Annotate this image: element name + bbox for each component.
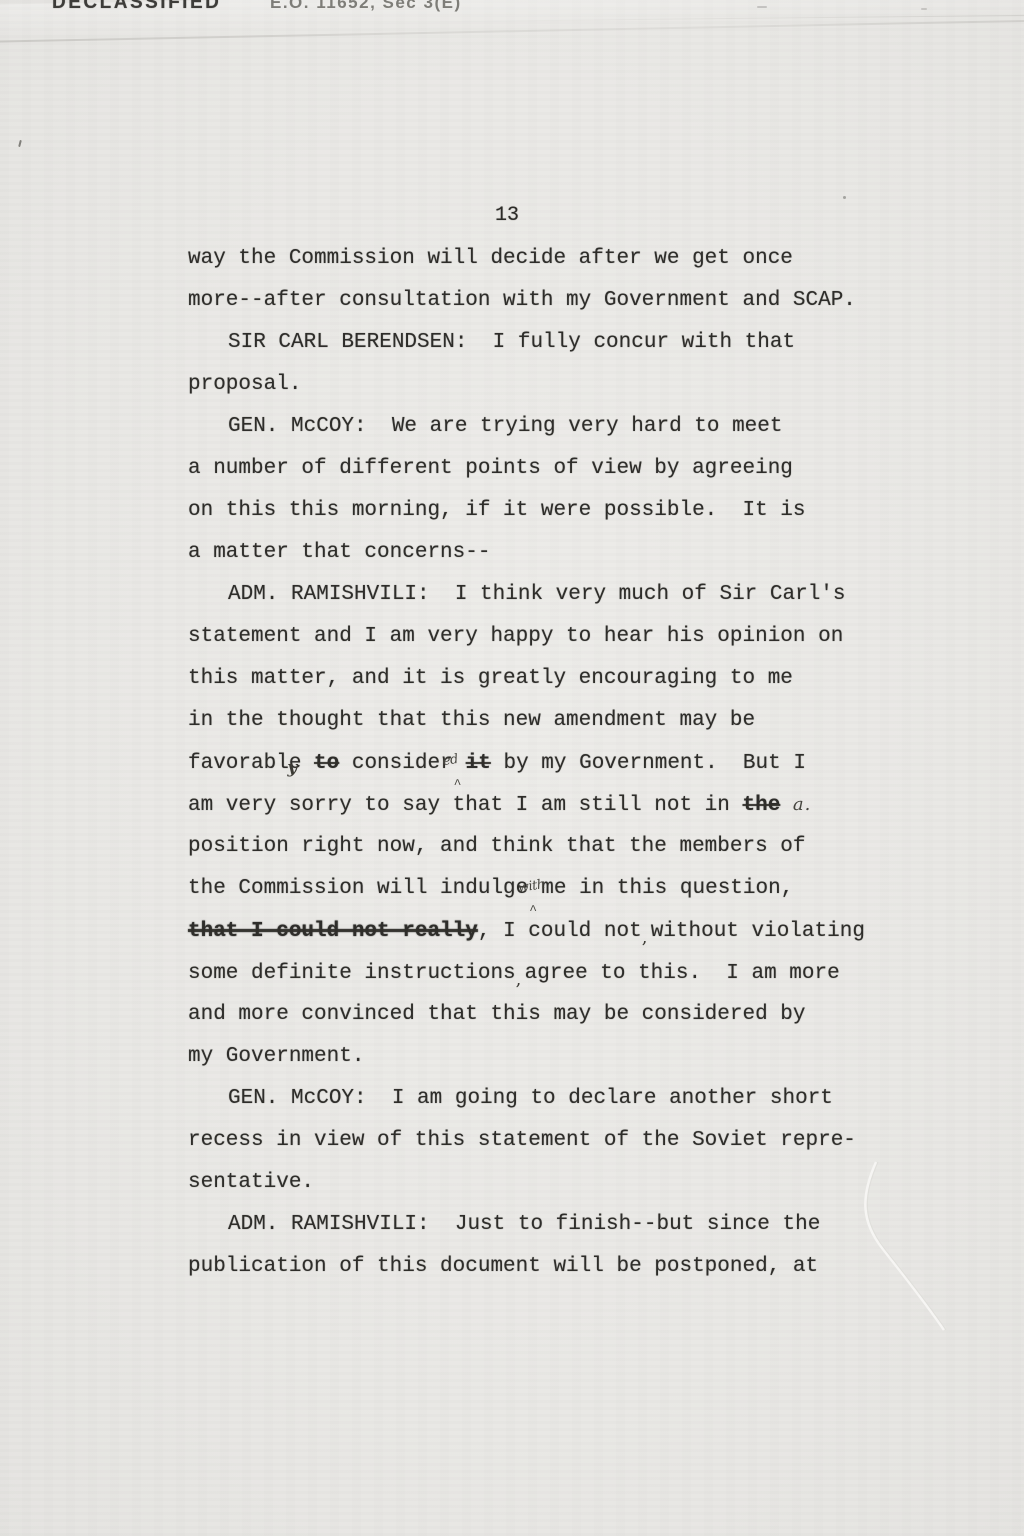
typed-text: SIR CARL BERENDSEN: I fully concur with … (228, 331, 795, 354)
text-line: statement and I am very happy to hear hi… (188, 616, 918, 658)
typed-text: without violating (651, 920, 865, 943)
typed-text: agree to this. I am more (525, 962, 840, 985)
struck-text: that I could not really (188, 920, 478, 943)
typed-text: in the thought that this new amendment m… (188, 709, 755, 732)
ink-speck (921, 8, 927, 10)
typed-text: recess in view of this statement of the … (188, 1129, 856, 1152)
text-line: more--after consultation with my Governm… (188, 280, 918, 322)
text-line: the Commission will indulgewith^me in th… (188, 868, 918, 910)
insert-caret-icon: ^ (454, 764, 462, 806)
text-line: way the Commission will decide after we … (188, 238, 918, 280)
typed-text: ADM. RAMISHVILI: Just to finish--but sin… (228, 1213, 820, 1236)
typed-text: favorable (188, 752, 301, 775)
text-line: ADM. RAMISHVILI: Just to finish--but sin… (188, 1204, 918, 1246)
transcript-body: way the Commission will decide after we … (188, 238, 918, 1288)
paper-crease (838, 1140, 968, 1350)
typed-text: sentative. (188, 1171, 314, 1194)
typed-text: me in this question, (541, 877, 793, 900)
typed-text: publication of this document will be pos… (188, 1255, 818, 1278)
handwritten-comma: , (516, 959, 525, 1001)
text-line: this matter, and it is greatly encouragi… (188, 658, 918, 700)
text-line: my Government. (188, 1036, 918, 1078)
typed-text: a number of different points of view by … (188, 457, 793, 480)
typed-text: a matter that concerns-- (188, 541, 490, 564)
text-line: proposal. (188, 364, 918, 406)
typed-text (780, 794, 793, 817)
ink-speck (757, 6, 767, 8)
text-line: that I could not really, I could not,wit… (188, 910, 918, 952)
typed-text: more--after consultation with my Governm… (188, 289, 856, 312)
ink-speck (843, 196, 846, 199)
text-line: recess in view of this statement of the … (188, 1120, 918, 1162)
text-line: GEN. McCOY: We are trying very hard to m… (188, 406, 918, 448)
typed-text: position right now, and think that the m… (188, 835, 806, 858)
handwritten-text: a. (793, 794, 811, 815)
typed-text: this matter, and it is greatly encouragi… (188, 667, 793, 690)
struck-text: to (314, 752, 339, 775)
typed-text: GEN. McCOY: We are trying very hard to m… (228, 415, 783, 438)
text-line: on this this morning, if it were possibl… (188, 490, 918, 532)
typed-text: proposal. (188, 373, 301, 396)
text-line: ADM. RAMISHVILI: I think very much of Si… (188, 574, 918, 616)
typed-text: some definite instructions (188, 962, 516, 985)
text-line: a matter that concerns-- (188, 532, 918, 574)
insert-caret-icon: ^ (529, 890, 537, 932)
text-line: and more convinced that this may be cons… (188, 994, 918, 1036)
typed-text: ADM. RAMISHVILI: I think very much of Si… (228, 583, 846, 606)
text-line: publication of this document will be pos… (188, 1246, 918, 1288)
text-line: SIR CARL BERENDSEN: I fully concur with … (188, 322, 918, 364)
typed-text (301, 752, 314, 775)
scanned-page: { "page": { "classification_stamp": "DEC… (0, 0, 1024, 1536)
text-line: some definite instructions,agree to this… (188, 952, 918, 994)
executive-order-stamp: E.O. 11652, Sec 3(E) (270, 0, 462, 13)
typed-text: GEN. McCOY: I am going to declare anothe… (228, 1087, 833, 1110)
text-line: in the thought that this new amendment m… (188, 700, 918, 742)
text-line: a number of different points of view by … (188, 448, 918, 490)
typed-text: by my Government. But I (491, 752, 806, 775)
declassified-stamp: DECLASSIFIED (52, 0, 221, 14)
struck-text: the (743, 794, 781, 817)
typed-text: way the Commission will decide after we … (188, 247, 793, 270)
typed-text: my Government. (188, 1045, 364, 1068)
typed-text: consider (339, 752, 452, 775)
text-line: favorabley to considered^it by my Govern… (188, 742, 918, 784)
handwritten-comma: , (642, 917, 651, 959)
typed-text: and more convinced that this may be cons… (188, 1003, 806, 1026)
typed-text: on this this morning, if it were possibl… (188, 499, 806, 522)
typed-text: statement and I am very happy to hear hi… (188, 625, 843, 648)
typed-text: am very sorry to say that I am still not… (188, 794, 743, 817)
text-line: am very sorry to say that I am still not… (188, 784, 918, 826)
handwritten-insertion: with^ (528, 868, 541, 910)
typed-text: the Commission will indulge (188, 877, 528, 900)
handwritten-insertion: ed^ (453, 742, 466, 784)
typed-text: , I could not (478, 920, 642, 943)
text-line: sentative. (188, 1162, 918, 1204)
struck-text: it (466, 752, 491, 775)
text-line: position right now, and think that the m… (188, 826, 918, 868)
page-number: 13 (495, 204, 519, 227)
text-line: GEN. McCOY: I am going to declare anothe… (188, 1078, 918, 1120)
